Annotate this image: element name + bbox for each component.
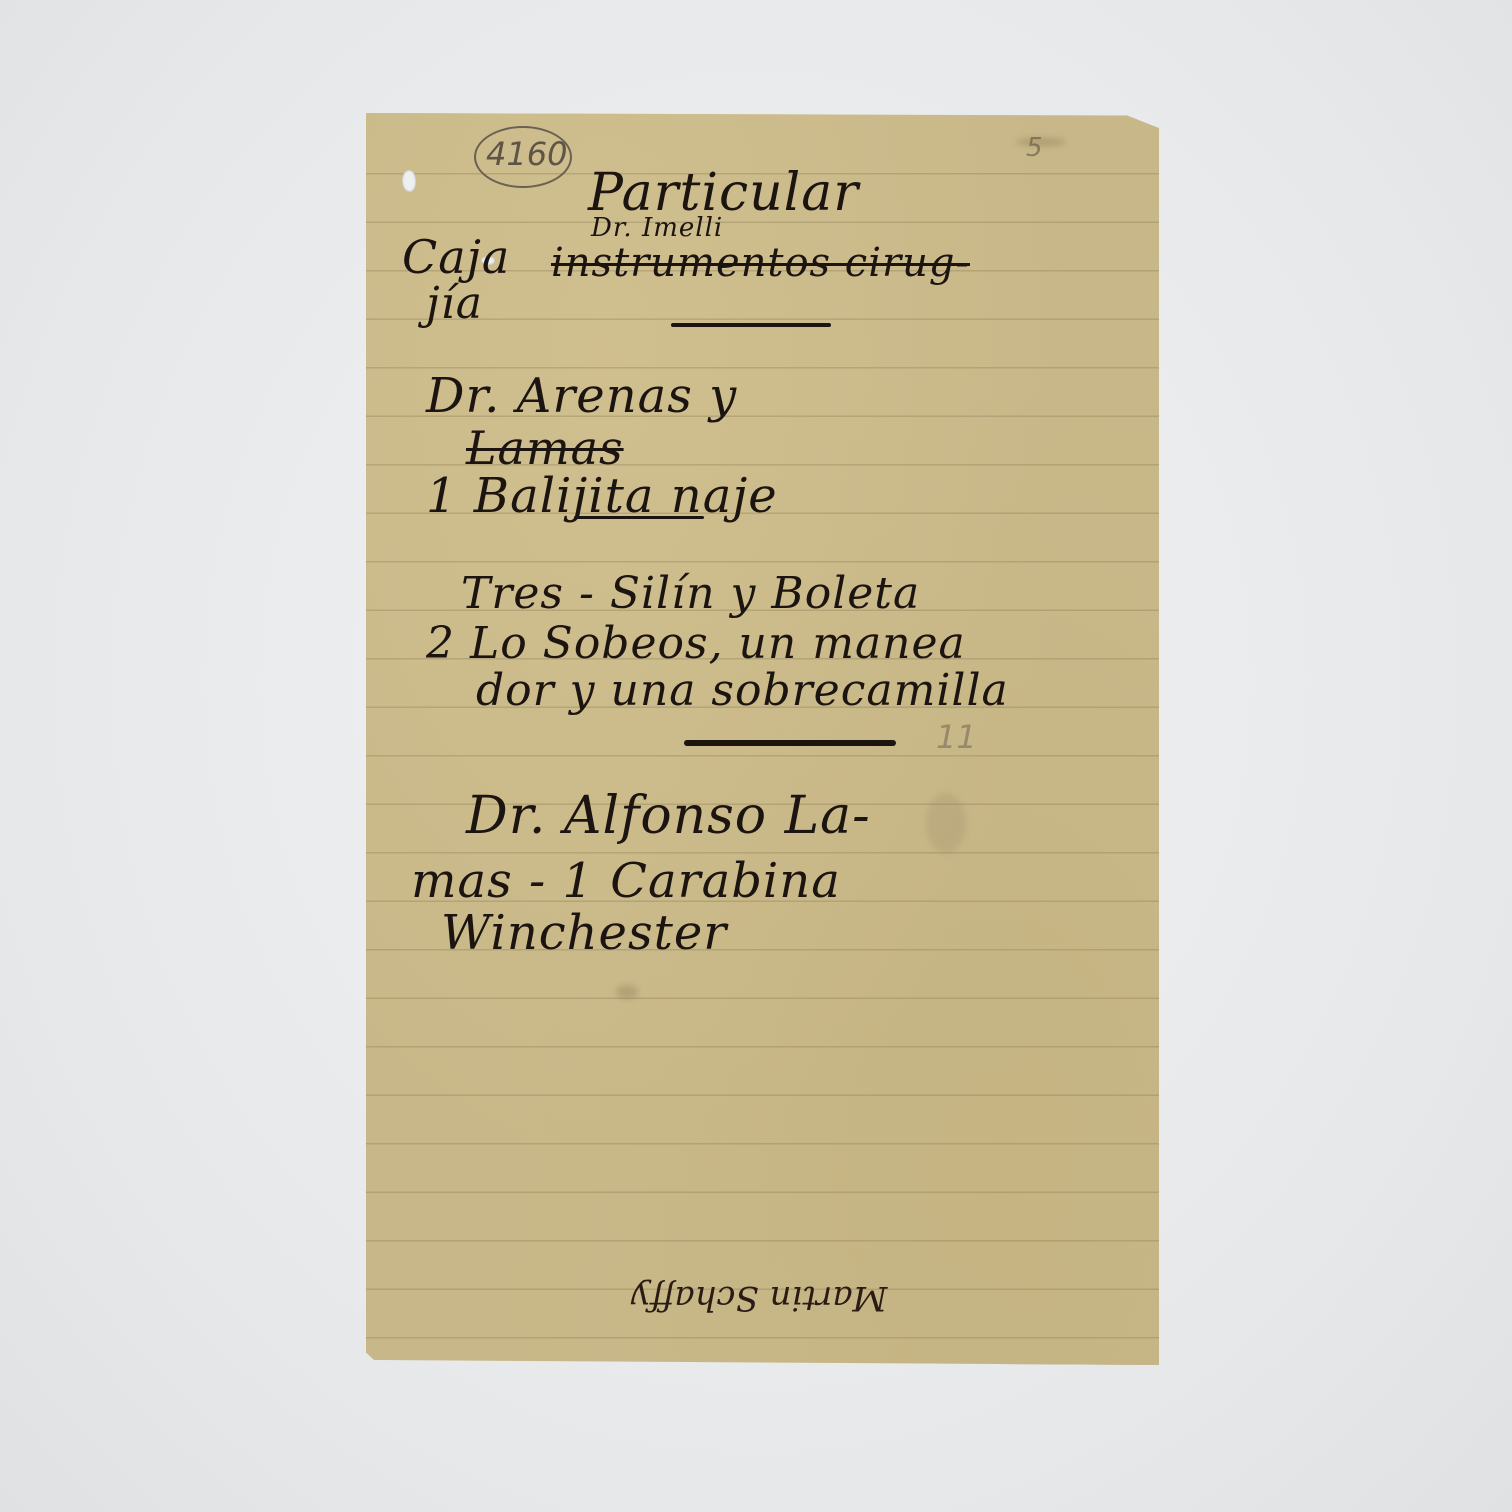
separator-1 <box>671 323 831 327</box>
archive-number: 4160 <box>486 135 567 173</box>
line-dr-alfonso: Dr. Alfonso La- <box>466 786 871 846</box>
line-sobrecamilla: dor y una sobrecamilla <box>476 665 1009 716</box>
line-winchester: Winchester <box>441 905 727 961</box>
document-sheet: 4160 5 Particular Caja Dr. Imelli instru… <box>366 113 1159 1365</box>
separator-3 <box>684 740 896 746</box>
line-caja: Caja <box>402 230 510 284</box>
line-lamas-struck: Lamas <box>466 421 624 475</box>
ink-blot <box>616 985 638 999</box>
line-sobeos: 2 Lo Sobeos, un manea <box>426 618 966 669</box>
ruled-lines <box>366 113 1159 1365</box>
line-carabina: mas - 1 Carabina <box>411 853 841 909</box>
line-dr-arenas: Dr. Arenas y <box>426 368 737 424</box>
line-tres: Tres - Silín y Boleta <box>461 568 920 619</box>
punch-hole <box>402 170 416 192</box>
corner-mark: 5 <box>1026 133 1043 163</box>
faint-pencil-mark: 11 <box>936 718 977 756</box>
separator-2 <box>574 516 704 519</box>
line-insert-dr-imelli: Dr. Imelli <box>591 213 723 243</box>
paper-stain <box>926 793 966 853</box>
line-jia: jía <box>426 278 483 329</box>
line-instrumentos: instrumentos cirug- <box>551 240 970 286</box>
inverted-signature: Martin Schaffy <box>631 1278 887 1318</box>
